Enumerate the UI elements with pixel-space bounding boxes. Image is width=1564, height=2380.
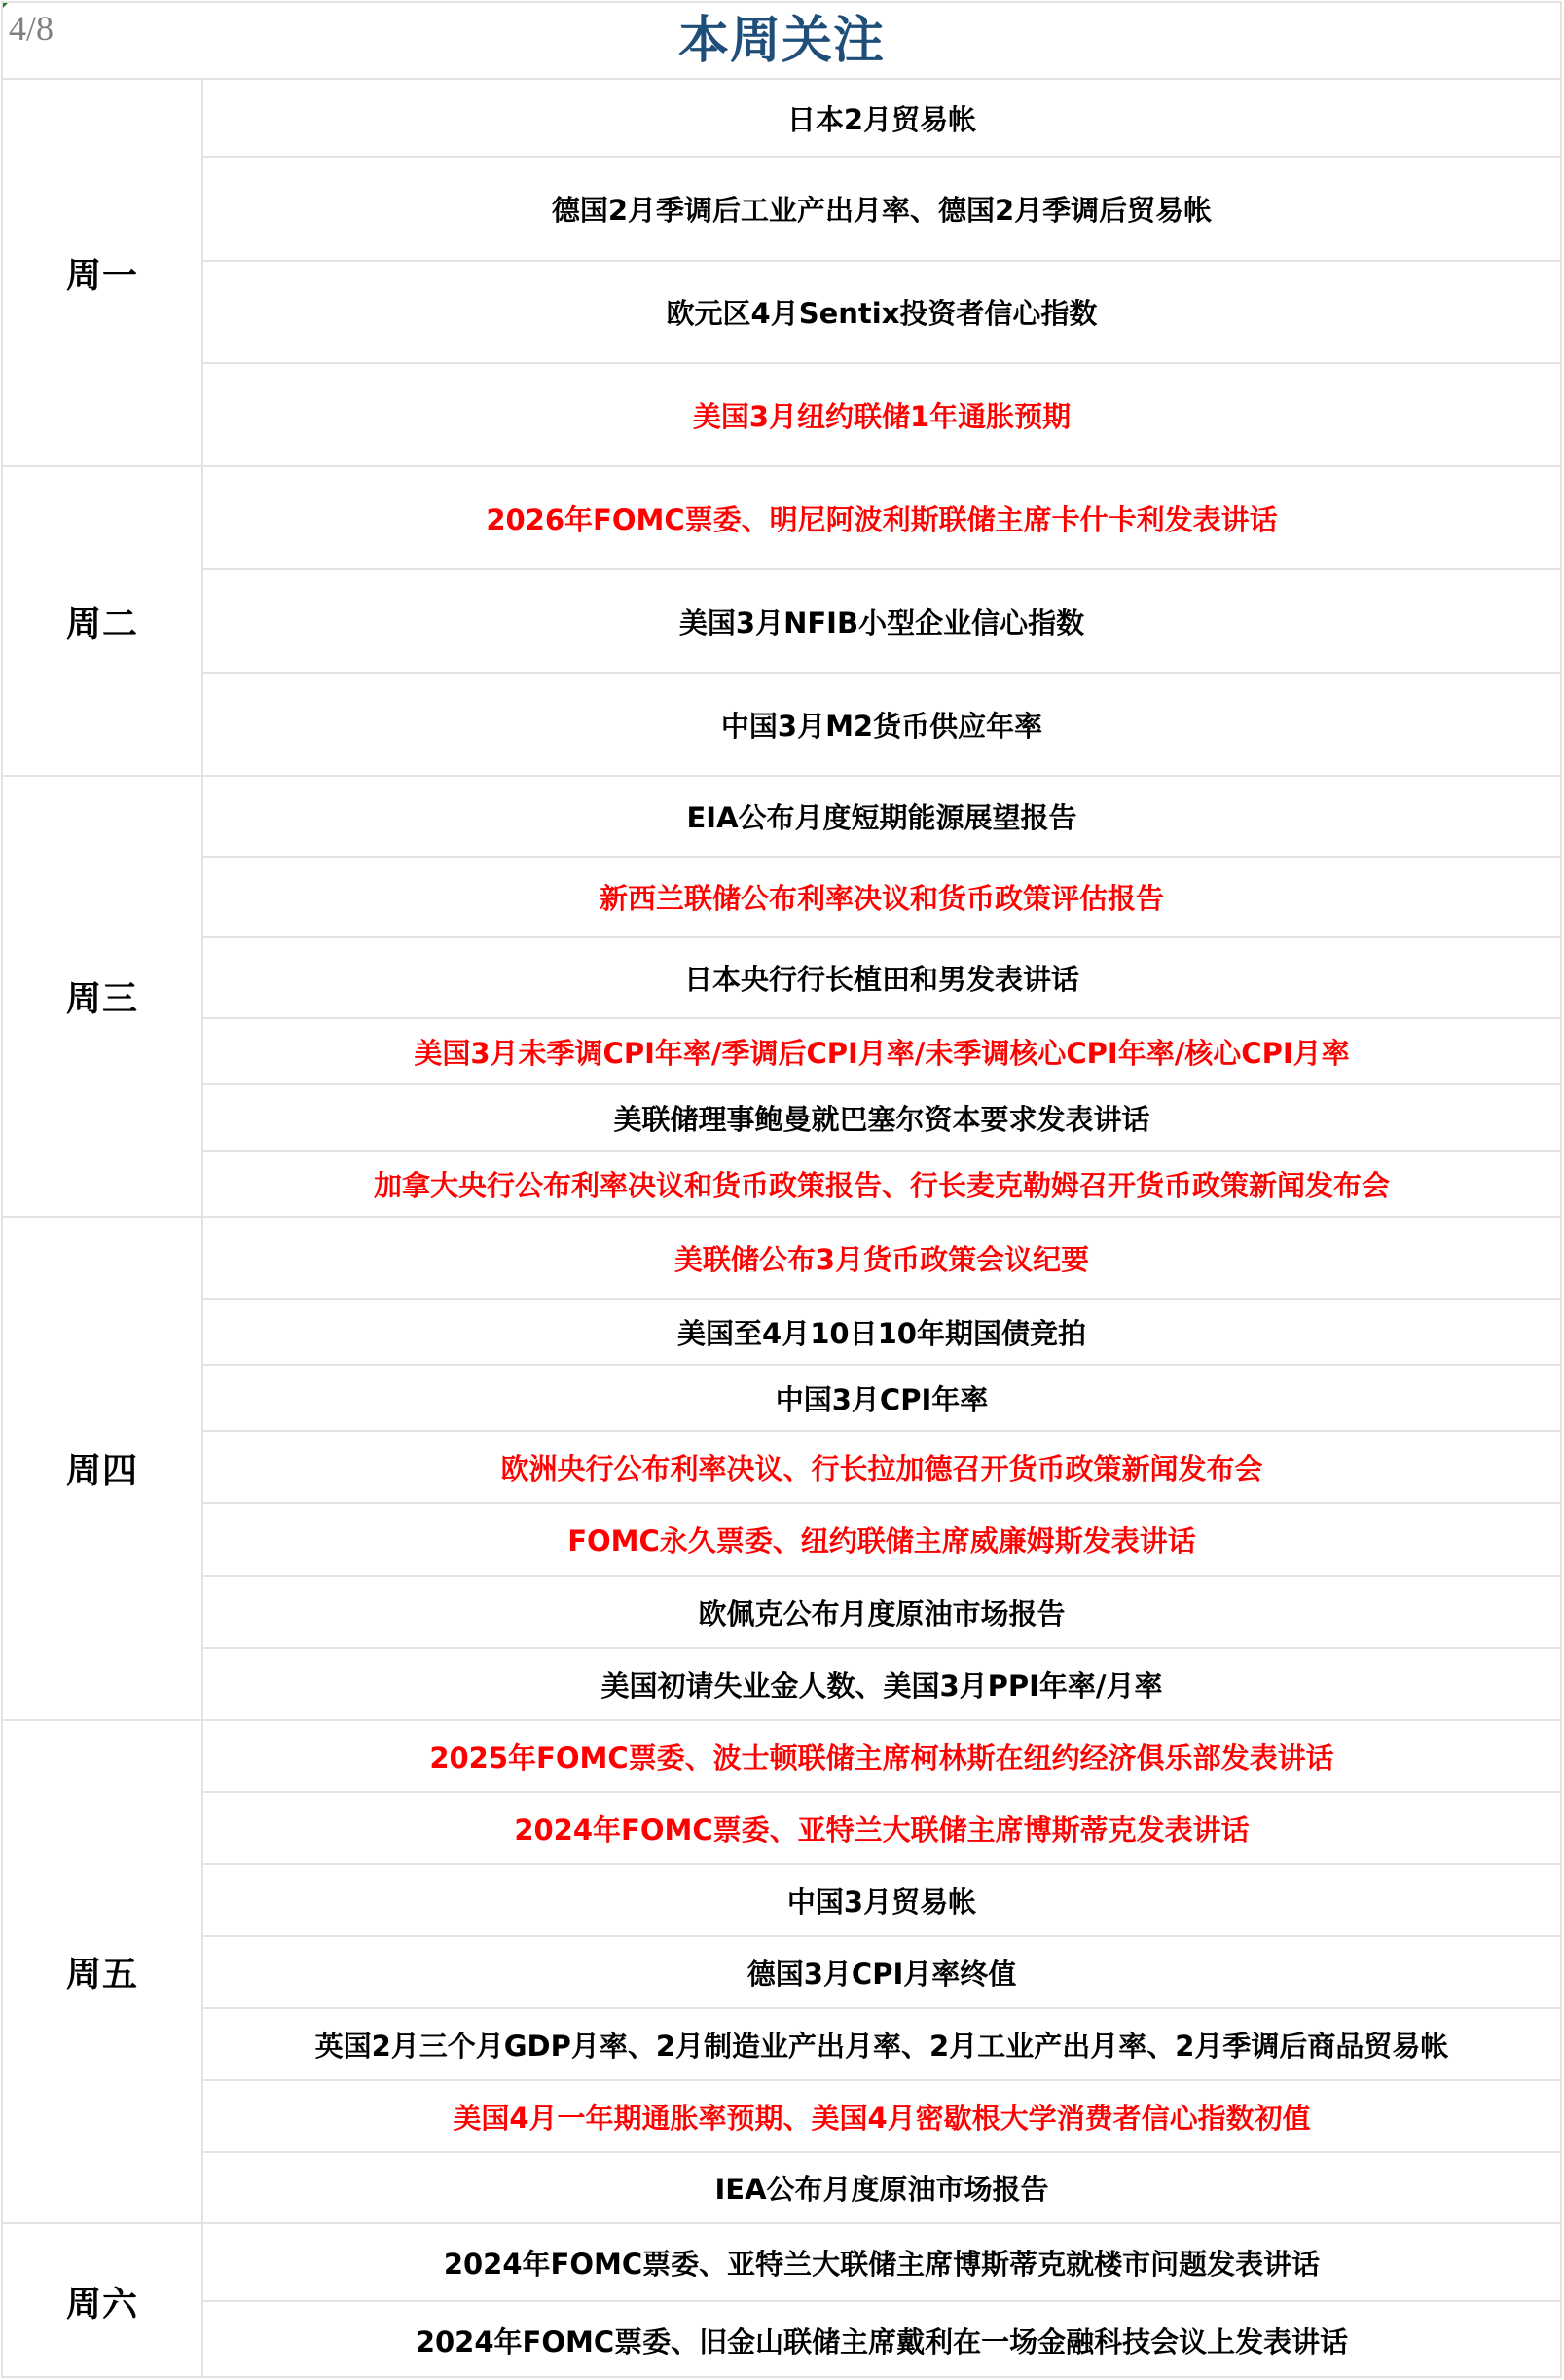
- event-list: 日本2月贸易帐 德国2月季调后工业产出月率、德国2月季调后贸易帐 欧元区4月Se…: [203, 80, 1560, 465]
- event-item: 美联储理事鲍曼就巴塞尔资本要求发表讲话: [203, 1085, 1560, 1152]
- event-item: 2024年FOMC票委、亚特兰大联储主席博斯蒂克发表讲话: [203, 1793, 1560, 1865]
- event-item: 英国2月三个月GDP月率、2月制造业产出月率、2月工业产出月率、2月季调后商品贸…: [203, 2009, 1560, 2081]
- day-block-wednesday: 周三 EIA公布月度短期能源展望报告 新西兰联储公布利率决议和货币政策评估报告 …: [3, 777, 1560, 1218]
- event-item: 日本2月贸易帐: [203, 80, 1560, 158]
- event-item: 2025年FOMC票委、波士顿联储主席柯林斯在纽约经济俱乐部发表讲话: [203, 1721, 1560, 1793]
- event-item: IEA公布月度原油市场报告: [203, 2153, 1560, 2222]
- event-item: FOMC永久票委、纽约联储主席威廉姆斯发表讲话: [203, 1504, 1560, 1577]
- event-item: 中国3月M2货币供应年率: [203, 674, 1560, 775]
- day-block-tuesday: 周二 2026年FOMC票委、明尼阿波利斯联储主席卡什卡利发表讲话 美国3月NF…: [3, 467, 1560, 777]
- cell-marker-icon: [3, 3, 8, 8]
- event-item: 美国3月未季调CPI年率/季调后CPI月率/未季调核心CPI年率/核心CPI月率: [203, 1019, 1560, 1085]
- event-item: 欧元区4月Sentix投资者信心指数: [203, 262, 1560, 364]
- event-item: 欧洲央行公布利率决议、行长拉加德召开货币政策新闻发布会: [203, 1432, 1560, 1504]
- event-list: EIA公布月度短期能源展望报告 新西兰联储公布利率决议和货币政策评估报告 日本央…: [203, 777, 1560, 1216]
- event-item: 欧佩克公布月度原油市场报告: [203, 1577, 1560, 1649]
- event-item: 美国初请失业金人数、美国3月PPI年率/月率: [203, 1649, 1560, 1719]
- event-item: 日本央行行长植田和男发表讲话: [203, 938, 1560, 1019]
- event-item: 2026年FOMC票委、明尼阿波利斯联储主席卡什卡利发表讲话: [203, 467, 1560, 570]
- day-label: 周三: [3, 777, 203, 1216]
- event-item: 美联储公布3月货币政策会议纪要: [203, 1218, 1560, 1300]
- day-label: 周四: [3, 1218, 203, 1719]
- day-block-thursday: 周四 美联储公布3月货币政策会议纪要 美国至4月10日10年期国债竞拍 中国3月…: [3, 1218, 1560, 1721]
- weekly-focus-table: 4/8 本周关注 周一 日本2月贸易帐 德国2月季调后工业产出月率、德国2月季调…: [1, 1, 1562, 2378]
- event-item: 美国3月纽约联储1年通胀预期: [203, 364, 1560, 465]
- event-item: 中国3月CPI年率: [203, 1366, 1560, 1432]
- title-row: 4/8 本周关注: [3, 3, 1560, 80]
- event-item: 美国4月一年期通胀率预期、美国4月密歇根大学消费者信心指数初值: [203, 2081, 1560, 2153]
- event-item: 德国2月季调后工业产出月率、德国2月季调后贸易帐: [203, 158, 1560, 262]
- day-block-monday: 周一 日本2月贸易帐 德国2月季调后工业产出月率、德国2月季调后贸易帐 欧元区4…: [3, 80, 1560, 467]
- event-item: 中国3月贸易帐: [203, 1865, 1560, 1937]
- event-item: 新西兰联储公布利率决议和货币政策评估报告: [203, 858, 1560, 938]
- day-label: 周五: [3, 1721, 203, 2222]
- page-title: 本周关注: [3, 9, 1560, 73]
- day-label: 周六: [3, 2224, 203, 2378]
- event-item: 2024年FOMC票委、亚特兰大联储主席博斯蒂克就楼市问题发表讲话: [203, 2224, 1560, 2302]
- event-list: 2026年FOMC票委、明尼阿波利斯联储主席卡什卡利发表讲话 美国3月NFIB小…: [203, 467, 1560, 775]
- event-item: 德国3月CPI月率终值: [203, 1937, 1560, 2009]
- day-block-saturday: 周六 2024年FOMC票委、亚特兰大联储主席博斯蒂克就楼市问题发表讲话 202…: [3, 2224, 1560, 2378]
- event-list: 2024年FOMC票委、亚特兰大联储主席博斯蒂克就楼市问题发表讲话 2024年F…: [203, 2224, 1560, 2378]
- event-item: 2024年FOMC票委、旧金山联储主席戴利在一场金融科技会议上发表讲话: [203, 2302, 1560, 2378]
- event-list: 2025年FOMC票委、波士顿联储主席柯林斯在纽约经济俱乐部发表讲话 2024年…: [203, 1721, 1560, 2222]
- day-label: 周二: [3, 467, 203, 775]
- day-block-friday: 周五 2025年FOMC票委、波士顿联储主席柯林斯在纽约经济俱乐部发表讲话 20…: [3, 1721, 1560, 2224]
- event-item: 美国3月NFIB小型企业信心指数: [203, 570, 1560, 674]
- event-item: EIA公布月度短期能源展望报告: [203, 777, 1560, 858]
- event-list: 美联储公布3月货币政策会议纪要 美国至4月10日10年期国债竞拍 中国3月CPI…: [203, 1218, 1560, 1719]
- event-item: 美国至4月10日10年期国债竞拍: [203, 1300, 1560, 1366]
- event-item: 加拿大央行公布利率决议和货币政策报告、行长麦克勒姆召开货币政策新闻发布会: [203, 1152, 1560, 1216]
- day-label: 周一: [3, 80, 203, 465]
